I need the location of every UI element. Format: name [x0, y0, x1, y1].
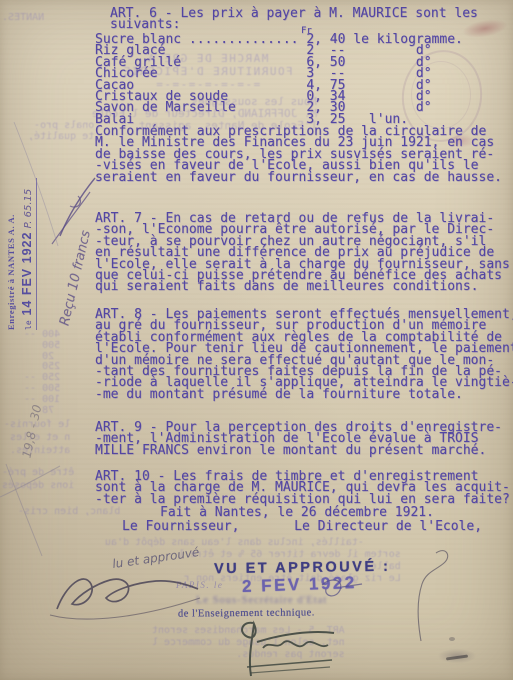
- bleedthrough-text: être de pré- ions déposés: [2, 466, 74, 492]
- registration-stamp-le: le: [24, 316, 33, 330]
- document-page: NANTES. MARCHE DE GRE A FOURNITURE D'EPI…: [0, 0, 513, 680]
- paragraph-circulaire: Conformément aux prescriptions de la cir…: [95, 126, 502, 183]
- registration-signature: [70, 196, 80, 207]
- bleedthrough-text: onals pro- te qualité,: [28, 120, 94, 142]
- bleedthrough-text: NANTES.: [2, 12, 44, 24]
- price-list: Sucre blanc .............. 2, 40 le kilo…: [95, 34, 463, 125]
- registration-folio-note: P. 65.15: [23, 189, 34, 232]
- registration-stamp-date: 14 FEV 1922: [20, 232, 34, 316]
- article-6-heading: ART. 6 - Les prix à payer à M. MAURICE s…: [110, 8, 478, 31]
- enseignement-technique-line: de l'Enseignement technique.: [178, 607, 315, 619]
- article-7: ART. 7 - En cas de retard ou de refus de…: [95, 213, 510, 293]
- director-signature-underline: [247, 660, 332, 667]
- bleedthrough-text: -taillés, inclus dans l'eau sans dépôt d…: [105, 537, 364, 549]
- date-stamp: 2 FEV 1922: [242, 573, 357, 597]
- pen-squiggle: [418, 551, 448, 641]
- paris-le-stamp: PARIS. le: [176, 580, 223, 590]
- article-8: ART. 8 - Les paiements seront effectués …: [95, 309, 513, 400]
- signatories-line: Le Fournisseur, Le Directeur de l'Ecole,: [122, 521, 482, 532]
- bleedthrough-text: ART. 5 - Les marchandises seront net, se…: [152, 625, 345, 661]
- registration-stamp: Enregistré à NANTES A. A. le 14 FEV 1922…: [6, 330, 8, 332]
- article-9: ART. 9 - Pour la perception des droits d…: [95, 422, 502, 456]
- bleedthrough-text: blanc, bien cris-: [18, 506, 120, 518]
- date-place-line: Fait à Nantes, le 26 décembre 1921.: [160, 507, 434, 518]
- stamp-illegible-line: Le Sous-Secrétaire d'Etat: [196, 595, 327, 606]
- article-10: ART. 10 - Les frais de timbre et d'enreg…: [95, 471, 510, 505]
- ink-smudge: [449, 637, 455, 641]
- registration-stamp-title: Enregistré à NANTES A. A.: [6, 178, 16, 330]
- director-signature-underline: [250, 667, 330, 673]
